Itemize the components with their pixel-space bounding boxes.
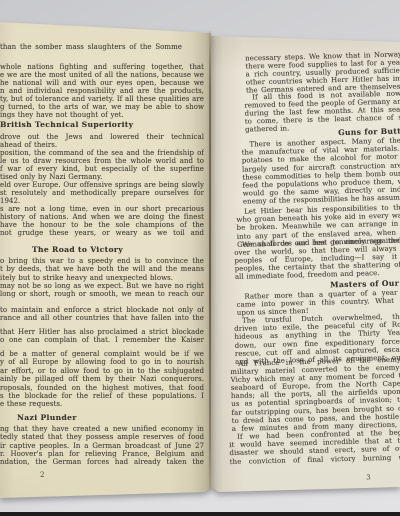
text-line: r. Hoover's plan for relieving France, B… [0,450,204,458]
paragraph: There is another aspect. Many of the mos… [241,136,400,207]
text-line: d be a matter of general complaint would… [0,350,204,358]
text-line: ir captive peoples. In a German broadcas… [0,442,204,450]
text-line: long or short, rough or smooth, we mean … [0,290,204,298]
text-line: ndation, the German forces had already t… [0,458,204,466]
text-line: position, the command of the sea and the… [0,149,204,157]
text-line: he national will and with our eyes open,… [0,79,204,87]
text-line: o bring this war to a speedy end is to c… [0,257,204,265]
text-line: drove out the Jews and lowered their tec… [0,133,204,141]
text-line: n and individual responsibility and are … [0,87,204,95]
text-line: than the somber mass slaughters of the S… [0,43,182,51]
text-line: ahead of theirs. [0,141,204,149]
paragraph: o bring this war to a speedy end is to c… [0,257,204,298]
text-line: s are not a long time, even in our short… [0,205,204,213]
text-line: y of all Europe by allowing food to go i… [0,358,204,366]
text-line: ng that they have created a new unified … [0,425,204,433]
text-line: o one can complain of that. I remember t… [0,336,204,344]
paragraph: to maintain and enforce a strict blockad… [0,306,204,323]
paragraph: All France in the power of the enemy, al… [230,355,400,433]
paragraph: necessary steps. We know that in Norway,… [245,49,400,94]
paragraph: that Herr Hitler has also proclaimed a s… [0,328,204,345]
text-line: e these requests. [0,400,204,408]
table-edge [0,512,400,516]
text-line: roposals, founded on the highest motives… [0,384,204,392]
text-line: tedly stated that they possess ample res… [0,433,204,441]
text-line: ings they have not thought of yet. [0,111,204,119]
section-heading: British Technical Superiority [0,120,133,129]
text-line: eld over Europe. Our offensive springs a… [0,181,204,189]
text-line: le us to draw resources from the whole w… [0,157,204,165]
section-heading: Guns for Butter [338,126,400,137]
text-line: itely but to strike heavy and unexpected… [0,274,204,282]
paragraph: We shall do our best to encourage the bu… [234,236,400,282]
text-line: not grudge these years, or weary as we t… [0,229,204,237]
section-heading: The Road to Victory [32,245,123,254]
text-line: st resolutely and methodically prepare o… [0,189,204,197]
text-line: whole nations fighting and suffering tog… [0,63,204,71]
text-line: may not be so long as we expect. But we … [0,282,204,290]
left-page-text: than the somber mass slaughters of the S… [0,0,211,516]
paragraph: ng that they have created a new unified … [0,425,204,466]
paragraph: than the somber mass slaughters of the S… [0,43,182,51]
text-line: that Herr Hitler has also proclaimed a s… [0,328,204,336]
text-line: 1942. [0,197,204,205]
text-line: tised only by Nazi Germany. [0,173,204,181]
page-number: 2 [40,471,44,479]
section-heading: Masters of Our Fate [330,278,400,289]
text-line: history of nations. And when we are doin… [0,213,204,221]
paragraph: d be a matter of general complaint would… [0,350,204,409]
text-line: rance and all other countries that have … [0,314,204,322]
paragraph: If we had been confronted at the beginni… [229,428,400,466]
text-line: have the honour to be the sole champions… [0,221,204,229]
text-line: to maintain and enforce a strict blockad… [0,306,204,314]
text-line: ty, but of tolerance and variety. If all… [0,95,204,103]
book-photo: than the somber mass slaughters of the S… [0,0,400,516]
text-line: g turned, to the arts of war, we may be … [0,103,204,111]
text-line: ar effort, or to allow food to go in to … [0,367,204,375]
page-number: 3 [366,473,371,481]
text-line: e we are the most united of all the nati… [0,71,204,79]
paragraph: whole nations fighting and suffering tog… [0,63,204,119]
right-page-text: necessary steps. We know that in Norway,… [228,46,400,512]
text-line: t by deeds, that we have both the will a… [0,265,204,273]
text-line: f war of every kind, but especially of t… [0,165,204,173]
paragraph: drove out the Jews and lowered their tec… [0,133,204,237]
text-line: ainly be pillaged off them by their Nazi… [0,375,204,383]
section-heading: Nazi Plunder [17,413,77,422]
